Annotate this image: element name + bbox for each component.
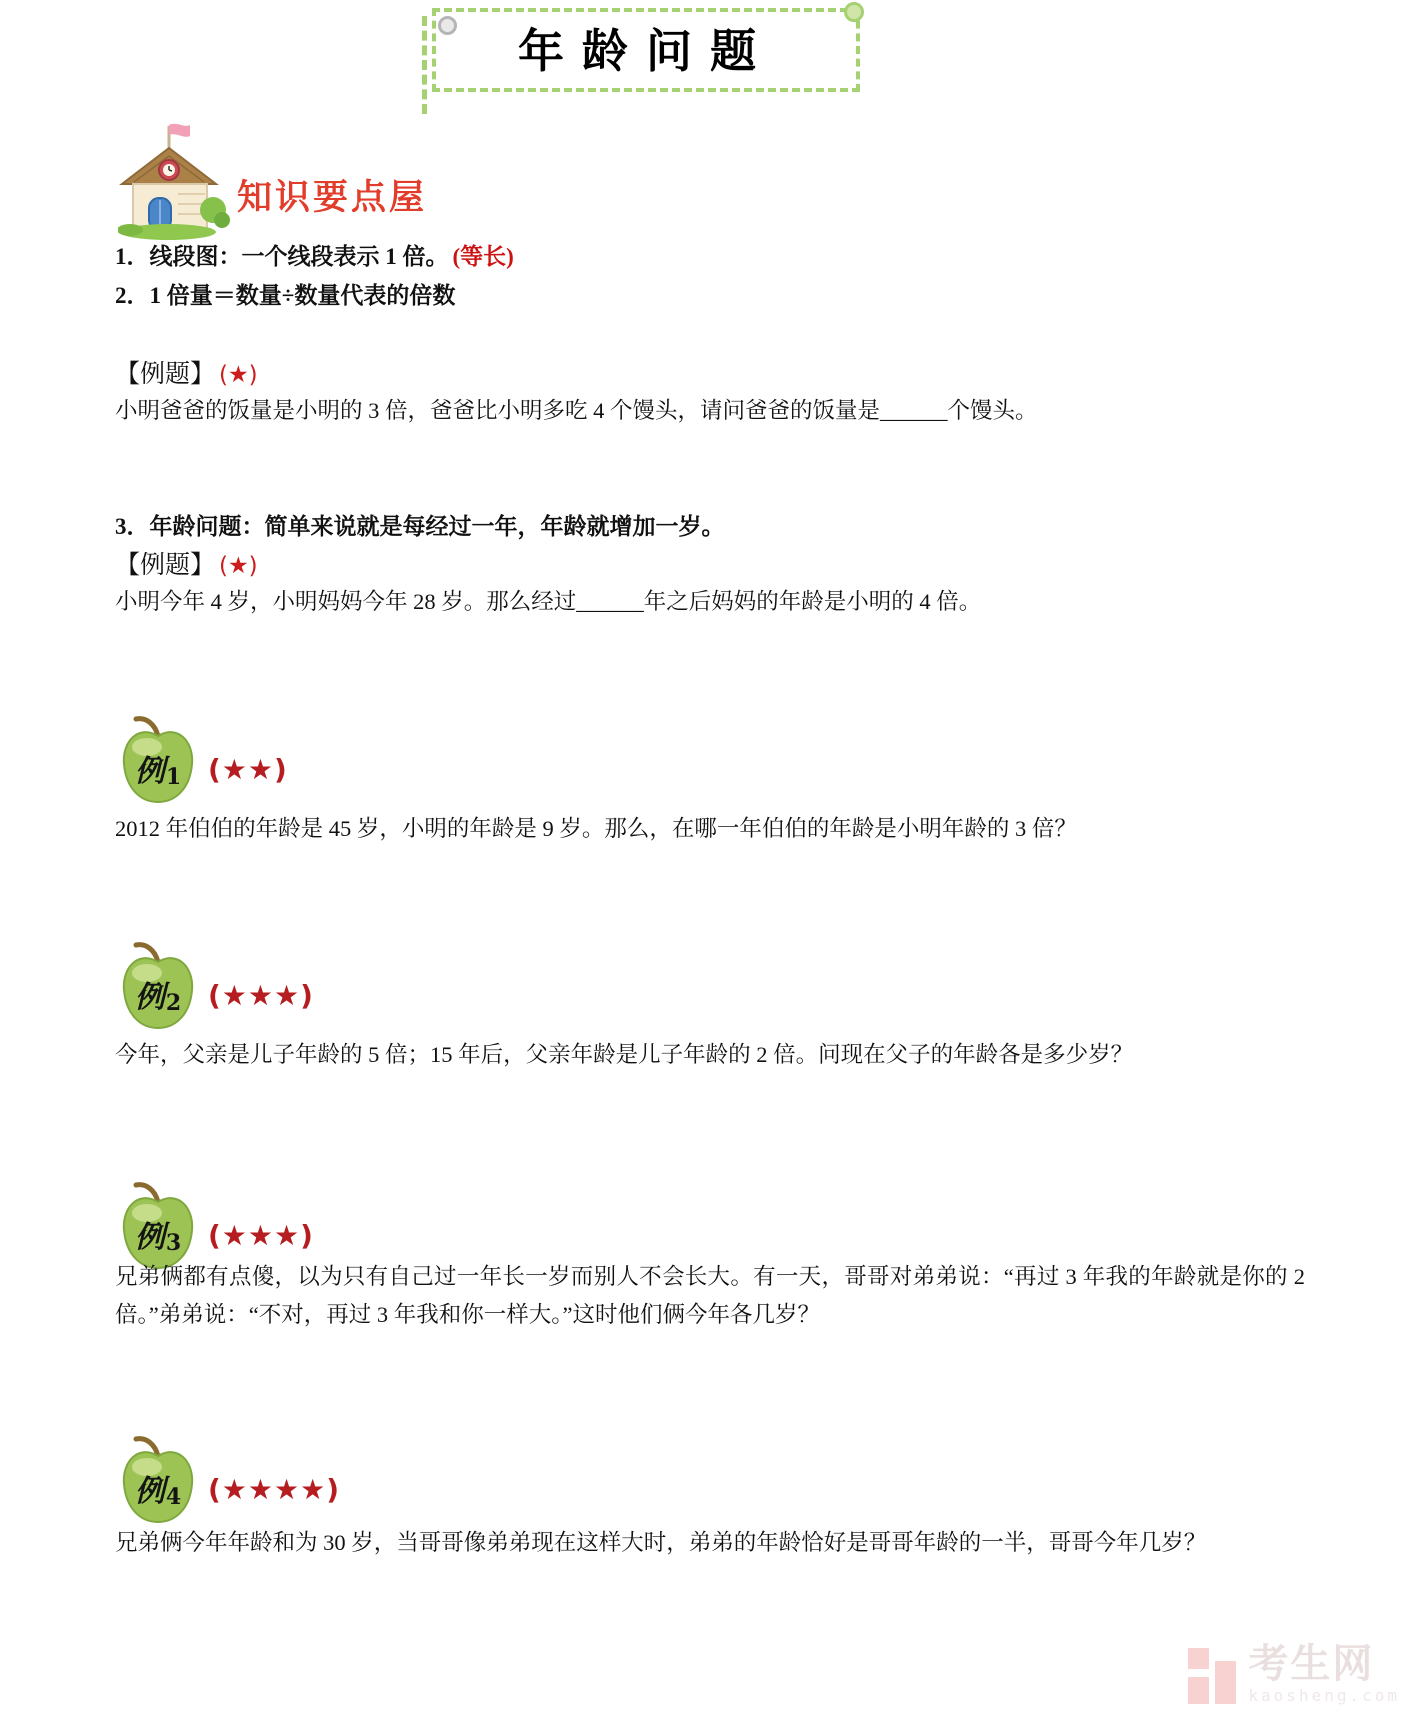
example-label-1: 【例题】(★)	[115, 354, 258, 390]
dot-icon	[844, 2, 864, 22]
example-badge-label: 例4	[118, 1466, 198, 1510]
example-row-3: 例3 (★★★)	[118, 1178, 314, 1270]
house-icon	[118, 120, 230, 245]
point-number: 2．	[115, 283, 150, 308]
example-2-text: 今年，父亲是儿子年龄的 5 倍；15 年后，父亲年龄是儿子年龄的 2 倍。问现在…	[115, 1036, 1305, 1074]
badge-char: 例	[135, 1220, 165, 1255]
knowledge-point-3: 3．年龄问题：简单来说就是每经过一年，年龄就增加一岁。	[115, 508, 725, 541]
star-rating: (★★★)	[208, 957, 314, 1012]
point-number: 1．	[115, 244, 150, 269]
example-label-2: 【例题】(★)	[115, 545, 258, 581]
example-label-text: 【例题】	[115, 552, 215, 579]
example-badge-label: 例1	[118, 746, 198, 790]
star-rating: (★)	[219, 362, 258, 388]
example-4-text: 兄弟俩今年年龄和为 30 岁，当哥哥像弟弟现在这样大时，弟弟的年龄恰好是哥哥年龄…	[115, 1524, 1305, 1562]
title-frame: 年龄问题	[432, 8, 860, 92]
badge-number: 2	[166, 990, 181, 1016]
watermark-en-text: kaosheng.com	[1248, 1688, 1400, 1704]
page-title: 年龄问题	[436, 12, 856, 90]
point-note: (等长)	[453, 244, 514, 269]
example-badge-label: 例2	[118, 972, 198, 1016]
badge-number: 4	[166, 1484, 181, 1510]
point-text: 线段图：一个线段表示 1 倍。	[150, 244, 449, 269]
worksheet-page: 年龄问题 知识要点屋 1．线段图：一个线段表示 1 倍。(等长	[0, 0, 1416, 1720]
star-rating: (★★)	[208, 731, 288, 786]
kaosheng-logo-icon	[1188, 1648, 1238, 1704]
example-row-1: 例1 (★★)	[118, 712, 288, 804]
apple-badge-icon: 例1	[118, 712, 198, 804]
badge-char: 例	[135, 1474, 165, 1509]
star-rating: (★★★)	[208, 1197, 314, 1252]
point-text: 年龄问题：简单来说就是每经过一年，年龄就增加一岁。	[150, 514, 725, 539]
watermark-cn-text: 考生网	[1248, 1644, 1400, 1684]
apple-badge-icon: 例3	[118, 1178, 198, 1270]
example-label-text: 【例题】	[115, 361, 215, 388]
star-rating: (★★★★)	[208, 1451, 340, 1506]
example-problem-1: 小明爸爸的饭量是小明的 3 倍，爸爸比小明多吃 4 个馒头，请问爸爸的饭量是__…	[115, 392, 1305, 430]
apple-badge-icon: 例2	[118, 938, 198, 1030]
frame-left-accent-line	[422, 16, 427, 114]
badge-number: 1	[166, 764, 181, 790]
knowledge-heading: 知识要点屋	[237, 170, 427, 220]
pin-icon	[438, 16, 457, 35]
apple-badge-icon: 例4	[118, 1432, 198, 1524]
badge-number: 3	[166, 1230, 181, 1256]
site-watermark: 考生网 kaosheng.com	[1188, 1644, 1400, 1704]
point-text: 1 倍量＝数量÷数量代表的倍数	[150, 283, 456, 308]
knowledge-point-2: 2．1 倍量＝数量÷数量代表的倍数	[115, 277, 455, 310]
example-1-text: 2012 年伯伯的年龄是 45 岁，小明的年龄是 9 岁。那么，在哪一年伯伯的年…	[115, 810, 1305, 848]
badge-char: 例	[135, 754, 165, 789]
star-rating: (★)	[219, 553, 258, 579]
example-badge-label: 例3	[118, 1212, 198, 1256]
badge-char: 例	[135, 980, 165, 1015]
knowledge-point-1: 1．线段图：一个线段表示 1 倍。(等长)	[115, 238, 514, 271]
example-problem-2: 小明今年 4 岁，小明妈妈今年 28 岁。那么经过______年之后妈妈的年龄是…	[115, 583, 1305, 621]
example-3-text: 兄弟俩都有点傻，以为只有自己过一年长一岁而别人不会长大。有一天，哥哥对弟弟说：“…	[115, 1258, 1305, 1334]
example-row-2: 例2 (★★★)	[118, 938, 314, 1030]
example-row-4: 例4 (★★★★)	[118, 1432, 340, 1524]
point-number: 3．	[115, 514, 150, 539]
